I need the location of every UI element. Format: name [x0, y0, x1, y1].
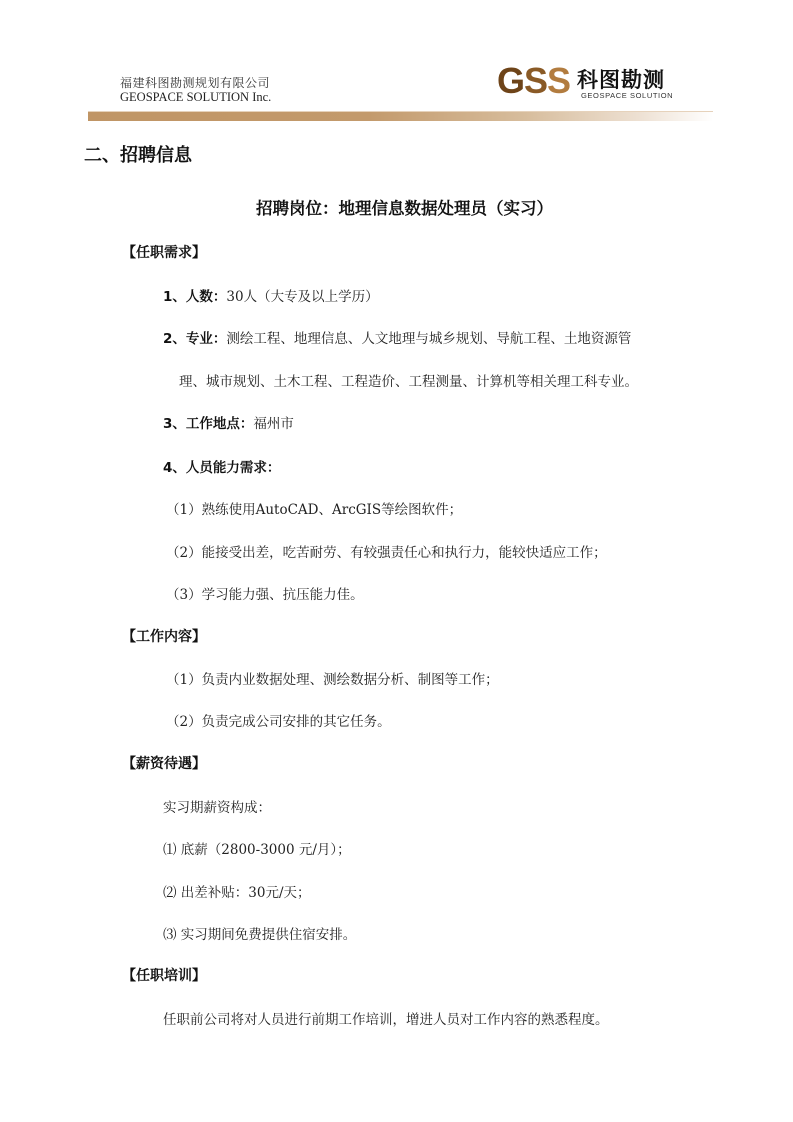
ability-item: （2）能接受出差，吃苦耐劳、有较强责任心和执行力，能较快适应工作；: [166, 541, 607, 561]
ability-item: （3）学习能力强、抗压能力佳。: [166, 583, 364, 603]
salary-item: ⑶ 实习期间免费提供住宿安排。: [163, 923, 356, 943]
requirement-major-continuation: 理、城市规划、土木工程、工程造价、工程测量、计算机等相关理工科专业。: [179, 370, 638, 390]
requirement-major: 2、专业：测绘工程、地理信息、人文地理与城乡规划、导航工程、土地资源管: [163, 327, 631, 347]
requirement-abilities: 4、人员能力需求：: [163, 456, 280, 476]
work-content-item: （1）负责内业数据处理、测绘数据分析、制图等工作；: [166, 668, 499, 688]
requirement-headcount: 1、人数：30人（大专及以上学历）: [163, 285, 379, 305]
training-text: 任职前公司将对人员进行前期工作培训，增进人员对工作内容的熟悉程度。: [163, 1008, 609, 1028]
salary-item: ⑵ 出差补贴：30元/天；: [163, 881, 311, 901]
section-title: 二、招聘信息: [84, 141, 192, 167]
logo-name-cn: 科图勘测: [577, 64, 665, 94]
salary-item: ⑴ 底薪（2800-3000 元/月）；: [163, 838, 351, 858]
salary-intro: 实习期薪资构成：: [163, 796, 271, 816]
training-heading: 【任职培训】: [122, 965, 206, 985]
gss-logo-mark-icon: GSS: [497, 63, 570, 99]
requirements-heading: 【任职需求】: [122, 242, 206, 262]
header-divider-bar: [88, 111, 713, 121]
work-content-item: （2）负责完成公司安排的其它任务。: [166, 710, 391, 730]
company-logo: GSS 科图勘测 GEOSPACE SOLUTION: [497, 63, 717, 103]
work-content-heading: 【工作内容】: [122, 626, 206, 646]
ability-item: （1）熟练使用AutoCAD、ArcGIS等绘图软件；: [166, 498, 462, 518]
company-name-en: GEOSPACE SOLUTION Inc.: [120, 90, 271, 105]
salary-heading: 【薪资待遇】: [122, 753, 206, 773]
company-name-cn: 福建科图勘测规划有限公司: [120, 74, 270, 91]
logo-name-en: GEOSPACE SOLUTION: [581, 91, 673, 100]
requirement-location: 3、工作地点：福州市: [163, 412, 294, 432]
job-title: 招聘岗位：地理信息数据处理员（实习）: [0, 195, 793, 219]
